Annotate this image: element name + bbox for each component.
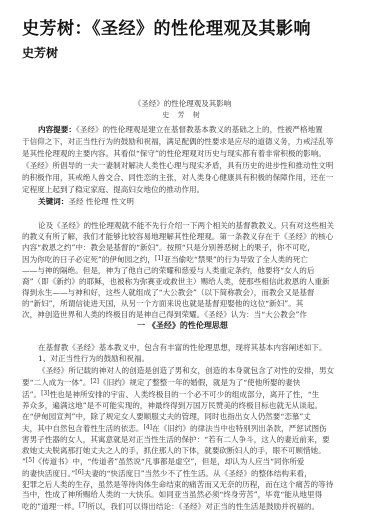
body-line: 1、对正当性行为的鼓励和祝福。 bbox=[38, 354, 149, 363]
body-line: 的教义有所了解，我们才能够比较容易地理解其性伦理观。第一条教义存在于《圣经》的核… bbox=[22, 232, 333, 241]
page-title: 史芳树：《圣经》的性伦理观及其影响 bbox=[22, 14, 311, 39]
keywords-line: 关键词：圣经 性伦理 性文明 bbox=[38, 197, 134, 206]
body-line: 要“二人成为一体”。[2]《旧约》规定了整整一年的婚假，就是为了“使他所娶的妻快 bbox=[22, 378, 300, 387]
body-line: 《圣经》所记载的神对人的创造是创造了男和女，创造的本身就包含了对性的安排，男女 bbox=[38, 366, 334, 375]
abstract-line: 是其性伦理观的主要内容。其看似“保守”的性伦理观对历史与现实都有着非常积极的影响… bbox=[22, 149, 326, 158]
abstract-line: 《圣经》所倡导的一夫一妻制对解决人类性心理与现实矛盾，具有历史的进步性和推动性文… bbox=[22, 161, 333, 170]
body-line: 养众多，遍满这地”是不可能实现的，神最终得到万国万民赞美的终极目标也就无从谈起。 bbox=[22, 401, 322, 410]
body-line: 害男子性器的女人，其寓意就是对正当性生活的保护：“若有二人争斗，这人的妻近前来，… bbox=[22, 435, 330, 444]
abstract-line: 内容提要：《圣经》的性伦理观是建立在基督教基本教义的基础之上的，性被严格地置 bbox=[38, 125, 323, 134]
body-line: ——与神的隔绝。但是，神为了他自己的荣耀和慈爱与人类重定条约，他要将“女人的后 bbox=[22, 266, 314, 275]
body-line: 论及《圣经》的性伦理观就不能不先行介绍一下两个相关的基督教教义。只有对这些相关 bbox=[38, 221, 334, 230]
body-line: 在“伊甸园宣判”中，除了规定女人要顺服丈夫的管理，同时也指出女人仍然要“恋慕”丈 bbox=[22, 412, 311, 421]
abstract-line: 定程度上起到了稳定家庭、提高妇女地位的推动作用。 bbox=[22, 185, 204, 194]
keywords-value: 圣经 性伦理 性文明 bbox=[68, 197, 134, 206]
body-line: 救她丈夫脱离那打她丈夫之人的手，抓住那人的下体，就要砍断妇人的手，眼不可顾惜她。 bbox=[22, 446, 326, 455]
body-line: 犯罪之后人类的生存，虽然是等待肉体生命结束的痛苦而又无奈的历程，而在这个痛苦的等… bbox=[22, 480, 333, 489]
body-line: 得到永生——与神和好，这些人就组成了“大公教会”（以下简称教会），而教会又是基督 bbox=[22, 288, 315, 297]
article-author: 史 芳 树 bbox=[0, 110, 365, 120]
footnote-ref[interactable]: [6] bbox=[75, 469, 84, 476]
footnote-ref[interactable]: [3] bbox=[41, 390, 50, 397]
section-heading: 一 《圣经》的性伦理思想 bbox=[0, 320, 365, 331]
body-line: 夫，其中自然包含着性生活的依恋。[4]在《旧约》的律法当中也特别列出条款，严惩试… bbox=[22, 424, 327, 433]
body-line: 活”。[3]性也是神所安排的宇宙、人类终极目的一个必不可少的组成部分，离开了性，… bbox=[22, 390, 319, 399]
article-title: 《圣经》的性伦理观及其影响 bbox=[0, 98, 365, 109]
footnote-ref[interactable]: [2] bbox=[91, 378, 100, 385]
page-author: 史芳树 bbox=[22, 44, 58, 61]
abstract-line: 于信仰之下，对正当性行为的鼓励和祝福，满足配偶的性要求是应尽的道德义务，力戒淫乱… bbox=[22, 137, 333, 146]
body-line: 裔”（即《新约》的耶稣，也被称为弥赛亚或救世主）赐给人类，使那些相信此救恩的人重… bbox=[22, 277, 330, 286]
body-line: 次，神创造世界和人类的终极目的是神自己得到荣耀。《圣经》认为：当“大公教会”作 bbox=[22, 310, 307, 319]
body-line: 的“新妇”，所谓信徒进天国，从另一个方面来说也就是基督迎娶他的这位“新妇”。其 bbox=[22, 299, 303, 308]
body-line: 的妻快活度日。”[6]夫妻的“快活度日”当然少不了性生活。从《圣经》的整体结构来… bbox=[22, 469, 312, 478]
keywords-label: 关键词： bbox=[38, 197, 68, 206]
footnote-ref[interactable]: [4] bbox=[144, 424, 153, 431]
footnote-ref[interactable]: [7] bbox=[79, 502, 88, 509]
body-line: ”[5]《传道书》中，“传道者”虽然说“凡事都是虚空”，但是，却认为人应当“同你… bbox=[22, 457, 304, 466]
body-line: 吃的”道理一样。[7]所以，我们可以得出结论：《圣经》对正当的性生活是鼓励并祝福… bbox=[22, 502, 319, 511]
body-line: 在基督教《圣经》基本教义中，包含有丰富的性伦理思想，现将其基本内容阐述如下。 bbox=[38, 343, 327, 352]
abstract-label: 内容提要： bbox=[38, 125, 76, 134]
body-line: 当中，性成了神所赐给人类的一大快乐。如同亚当虽然必须“终身劳苦”，毕竟“能从地里… bbox=[22, 490, 322, 499]
body-line: 内容“救恩之约”中：教会是基督的“新妇”。按照“只是分别善恶树上的果子，你不可吃… bbox=[22, 243, 315, 252]
abstract-line: 的积极作用，其戒绝人兽交合、同性恋的主张，对人类身心健康具有积极的保障作用，还在… bbox=[22, 173, 333, 182]
body-line: 因为你吃的日子必定死”的伊甸园之约，[1]亚当偷吃“禁果”的行为导致了全人类的死… bbox=[22, 255, 308, 264]
